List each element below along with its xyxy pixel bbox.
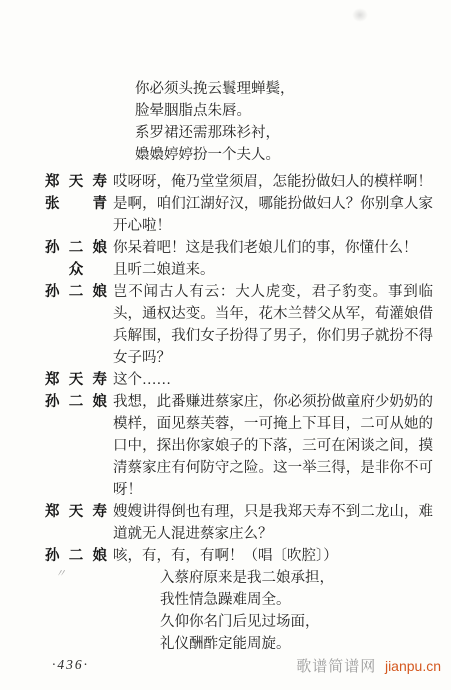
opening-verse-line: 嬝嬝婷婷扮一个夫人。 (135, 144, 433, 166)
speech-text: 岂不闻古人有云：大人虎变，君子豹变。事到临头，通权达变。当年，花木兰替父从军，荀… (113, 281, 433, 369)
scan-artifact (352, 8, 368, 22)
dialogue-entry: 郑天寿嫂嫂讲得倒也有理，只是我郑天寿不到二龙山，难道就无人混进蔡家庄么？ (45, 501, 433, 545)
dialogue-body: 我想，此番赚进蔡家庄，你必须扮做童府少奶奶的模样，面见蔡芙蓉，一可掩上下耳目，二… (113, 391, 433, 501)
dialogue-entry: 郑天寿这个…… (45, 369, 433, 391)
dialogue-entry: 众且听二娘道来。 (45, 259, 433, 281)
dialogue-entry: 孙二娘你呆着吧！这是我们老娘儿们的事，你懂什么！ (45, 237, 433, 259)
speaker-name: 孙二娘 (45, 281, 107, 303)
dialogue-body: 哎呀呀，俺乃堂堂须眉，怎能扮做妇人的模样啊！ (113, 171, 433, 193)
dialogue-entry: 张青是啊，咱们江湖好汉，哪能扮做妇人？你别拿人家开心啦！ (45, 193, 433, 237)
speech-text: 且听二娘道来。 (113, 259, 433, 281)
watermark-site-name: 歌谱简谱网 (296, 659, 376, 675)
page-footer: ·436· 歌谱简谱网 jianpu.cn (0, 652, 451, 678)
dialogue-body: 嫂嫂讲得倒也有理，只是我郑天寿不到二龙山，难道就无人混进蔡家庄么？ (113, 501, 433, 545)
speech-text: 哎呀呀，俺乃堂堂须眉，怎能扮做妇人的模样啊！ (113, 171, 433, 193)
sung-verse-line: 久仰你名门后见过场面， (160, 611, 433, 633)
speech-text: 这个…… (113, 369, 433, 391)
speaker-name: 张青 (45, 193, 107, 215)
sung-verse-line: 我性情急躁难周全。 (160, 589, 433, 611)
speech-text: 嫂嫂讲得倒也有理，只是我郑天寿不到二龙山，难道就无人混进蔡家庄么？ (113, 501, 433, 545)
dialogue-entry: 孙二娘我想，此番赚进蔡家庄，你必须扮做童府少奶奶的模样，面见蔡芙蓉，一可掩上下耳… (45, 391, 433, 501)
opening-verse-line: 脸晕胭脂点朱唇。 (135, 100, 433, 122)
speaker-name: 孙二娘 (45, 545, 107, 567)
speaker-name: 郑天寿 (45, 171, 107, 193)
speaker-name: 郑天寿 (45, 501, 107, 523)
dialogue-entry: 孙二娘咳，有，有，有啊！（唱〔吹腔〕）入蔡府原来是我二娘承担，我性情急躁难周全。… (45, 545, 433, 655)
page-number: ·436· (52, 657, 89, 673)
speech-text: 我想，此番赚进蔡家庄，你必须扮做童府少奶奶的模样，面见蔡芙蓉，一可掩上下耳目，二… (113, 391, 433, 501)
ditto-mark: 〃 (55, 565, 66, 581)
dialogue-body: 且听二娘道来。 (113, 259, 433, 281)
speech-text: 咳，有，有，有啊！（唱〔吹腔〕） (113, 545, 433, 567)
script-page: 你必须头挽云鬟理蝉鬓，脸晕胭脂点朱唇。系罗裙还需那珠衫衬，嬝嬝婷婷扮一个夫人。 … (0, 0, 451, 690)
dialogue-entry: 郑天寿哎呀呀，俺乃堂堂须眉，怎能扮做妇人的模样啊！ (45, 171, 433, 193)
speaker-name: 孙二娘 (45, 237, 107, 259)
dialogue-body: 是啊，咱们江湖好汉，哪能扮做妇人？你别拿人家开心啦！ (113, 193, 433, 237)
speech-text: 是啊，咱们江湖好汉，哪能扮做妇人？你别拿人家开心啦！ (113, 193, 433, 237)
dialogue-body: 咳，有，有，有啊！（唱〔吹腔〕）入蔡府原来是我二娘承担，我性情急躁难周全。久仰你… (113, 545, 433, 655)
watermark-url-link[interactable]: jianpu.cn (385, 658, 441, 674)
speaker-name: 郑天寿 (45, 369, 107, 391)
sung-verse-line: 入蔡府原来是我二娘承担， (160, 567, 433, 589)
speaker-name: 众 (45, 259, 107, 281)
dialogue-entries: 郑天寿哎呀呀，俺乃堂堂须眉，怎能扮做妇人的模样啊！张青是啊，咱们江湖好汉，哪能扮… (45, 171, 433, 655)
speech-text: 你呆着吧！这是我们老娘儿们的事，你懂什么！ (113, 237, 433, 259)
watermark: 歌谱简谱网 jianpu.cn (296, 655, 441, 676)
opening-verse: 你必须头挽云鬟理蝉鬓，脸晕胭脂点朱唇。系罗裙还需那珠衫衬，嬝嬝婷婷扮一个夫人。 (135, 78, 433, 166)
dialogue-entry: 孙二娘岂不闻古人有云：大人虎变，君子豹变。事到临头，通权达变。当年，花木兰替父从… (45, 281, 433, 369)
opening-verse-line: 系罗裙还需那珠衫衬， (135, 122, 433, 144)
dialogue-body: 岂不闻古人有云：大人虎变，君子豹变。事到临头，通权达变。当年，花木兰替父从军，荀… (113, 281, 433, 369)
dialogue-body: 你呆着吧！这是我们老娘儿们的事，你懂什么！ (113, 237, 433, 259)
dialogue-body: 这个…… (113, 369, 433, 391)
speaker-name: 孙二娘 (45, 391, 107, 413)
opening-verse-line: 你必须头挽云鬟理蝉鬓， (135, 78, 433, 100)
